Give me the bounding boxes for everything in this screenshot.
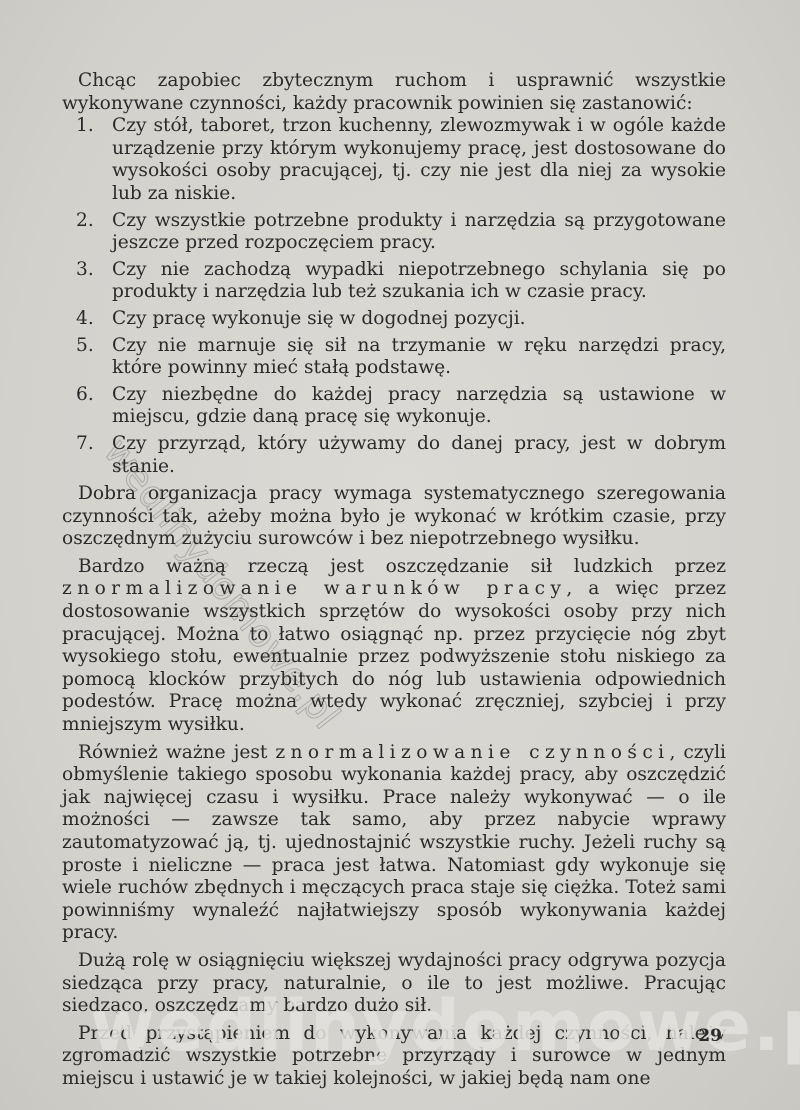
page-body: Chcąc zapobiec zbytecznym ruchom i uspra…	[62, 70, 726, 1096]
activities-paragraph: Również ważne jest znormalizowanie czynn…	[62, 742, 726, 945]
checklist-item: 5.Czy nie marnuje się sił na trzymanie w…	[62, 335, 726, 380]
intro-paragraph: Chcąc zapobiec zbytecznym ruchom i uspra…	[62, 70, 726, 115]
organization-paragraph: Dobra organizacja pracy wymaga systematy…	[62, 483, 726, 551]
checklist-item: 3.Czy nie zachodzą wypadki niepotrzebneg…	[62, 259, 726, 304]
book-page: wedlinydomowe.pl Chcąc zapobiec zbyteczn…	[0, 0, 800, 1110]
paragraph-text: , a więc przez dostosowanie wszystkich s…	[62, 578, 726, 735]
item-number: 6.	[76, 384, 94, 407]
item-text: Czy nie zachodzą wypadki niepotrzebnego …	[112, 259, 726, 303]
item-number: 5.	[76, 335, 94, 358]
paragraph-text: , czyli obmyślenie takiego sposobu wykon…	[62, 742, 726, 944]
item-text: Czy pracę wykonuje się w dogodnej pozycj…	[112, 308, 526, 329]
checklist-item: 1.Czy stół, taboret, trzon kuchenny, zle…	[62, 115, 726, 205]
item-text: Czy stół, taboret, trzon kuchenny, zlewo…	[112, 115, 726, 204]
checklist-item: 6.Czy niezbędne do każdej pracy narzędzi…	[62, 384, 726, 429]
item-text: Czy niezbędne do każdej pracy narzędzia …	[112, 384, 726, 428]
bottom-watermark: wedlinydomowe.pl	[90, 985, 730, 1067]
item-number: 2.	[76, 210, 94, 233]
item-number: 7.	[76, 433, 94, 456]
emphasized-term: znormalizowanie warunków pracy	[62, 578, 566, 599]
paragraph-text: Również ważne jest	[78, 742, 275, 763]
checklist: 1.Czy stół, taboret, trzon kuchenny, zle…	[62, 115, 726, 478]
item-number: 1.	[76, 115, 94, 138]
page-number: 29	[698, 1026, 722, 1046]
checklist-item: 4.Czy pracę wykonuje się w dogodnej pozy…	[62, 308, 726, 331]
item-text: Czy wszystkie potrzebne produkty i narzę…	[112, 210, 726, 254]
item-text: Czy przyrząd, który używamy do danej pra…	[112, 433, 726, 477]
checklist-item: 7.Czy przyrząd, który używamy do danej p…	[62, 433, 726, 478]
emphasized-term: znormalizowanie czynności	[275, 742, 669, 763]
work-conditions-paragraph: Bardzo ważną rzeczą jest oszczędzanie si…	[62, 556, 726, 737]
item-number: 4.	[76, 308, 94, 331]
item-text: Czy nie marnuje się sił na trzymanie w r…	[112, 335, 726, 379]
checklist-item: 2.Czy wszystkie potrzebne produkty i nar…	[62, 210, 726, 255]
paragraph-text: Bardzo ważną rzeczą jest oszczędzanie si…	[78, 556, 726, 577]
item-number: 3.	[76, 259, 94, 282]
